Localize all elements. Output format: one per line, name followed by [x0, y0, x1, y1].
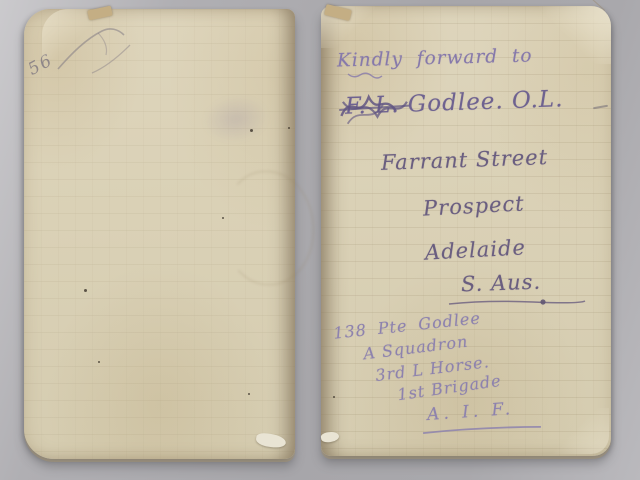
- left-page: 56: [24, 9, 295, 459]
- dark-speck: [98, 361, 100, 363]
- handwritten-forward-line: Kindly forward to: [337, 45, 533, 71]
- handwritten-address-state: S. Aus.: [461, 270, 542, 297]
- pencil-dash: [593, 105, 608, 110]
- crossed-out-initials: F. L.: [345, 92, 400, 120]
- dark-speck: [248, 393, 250, 395]
- corner-wear: [549, 408, 609, 454]
- frayed-edge-bit: [320, 431, 339, 444]
- paper-chip: [87, 6, 113, 21]
- handwritten-aif: A. I. F.: [426, 399, 514, 425]
- frayed-edge-bit: [255, 432, 287, 449]
- dark-speck: [222, 217, 224, 219]
- corner-crease-line: [546, 0, 605, 11]
- corner-wear: [539, 6, 611, 64]
- dark-speck: [333, 396, 335, 398]
- handwritten-address-city: Adelaide: [424, 235, 526, 264]
- aif-underline: [421, 423, 543, 437]
- corner-pencil-number: 56: [25, 50, 57, 80]
- handwritten-address-suburb: Prospect: [422, 191, 525, 220]
- dark-speck: [84, 289, 87, 292]
- notebook-scan: 56 Kindly forward to: [0, 0, 640, 480]
- recipient-name: Godlee. O.L.: [407, 86, 563, 117]
- handwritten-recipient-line: F. L. Godlee. O.L.: [345, 86, 564, 120]
- underline-squiggle: [347, 70, 383, 80]
- paper-chip: [324, 4, 352, 21]
- pencil-flourish-mark: [52, 23, 138, 79]
- dark-speck: [288, 127, 290, 129]
- handwritten-address-street: Farrant Street: [381, 145, 549, 175]
- state-underline-flourish: [447, 298, 587, 310]
- dark-speck: [250, 129, 253, 132]
- ink-bleedthrough-smudge: [199, 91, 273, 148]
- paper-crease: [224, 171, 314, 285]
- right-page: Kindly forward to F. L. Godlee. O.L. Far…: [321, 6, 611, 456]
